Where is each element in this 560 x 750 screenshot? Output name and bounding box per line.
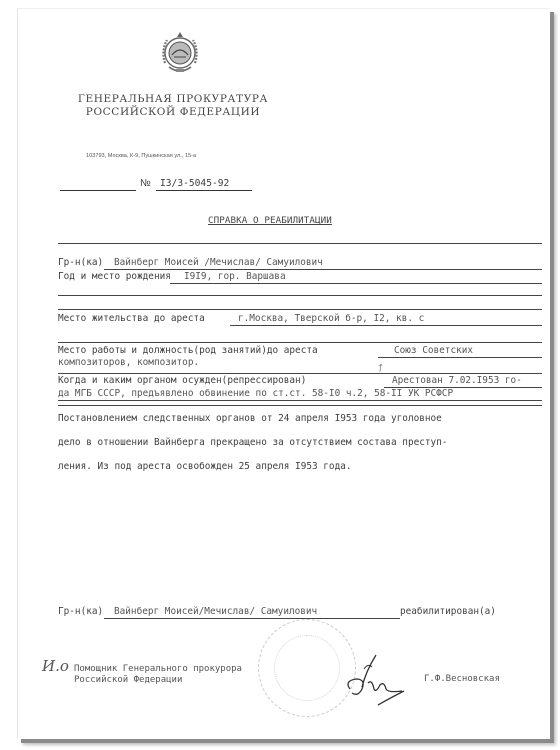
organization-address: 103793, Москва, К-9, Пушкинская ул., 15-…	[86, 153, 196, 159]
signatory-position-line1: Помощник Генерального прокурора	[74, 664, 242, 675]
divider	[58, 295, 542, 296]
document-number: I3/3-5045-92	[160, 178, 229, 189]
divider	[58, 309, 542, 310]
divider	[58, 373, 542, 374]
number-blank-line	[60, 190, 136, 191]
rehabilitated-status: реабилитирован(а)	[400, 606, 550, 617]
document-page: ГЕНЕРАЛЬНАЯ ПРОКУРАТУРА РОССИЙСКОЙ ФЕДЕР…	[17, 8, 550, 739]
work-value-line2: композиторов, композитор.	[58, 357, 199, 368]
convicted-value-line2: да МГБ СССР, предъявлено обвинение по ст…	[58, 388, 542, 399]
work-value-line1: Союз Советских	[394, 345, 473, 356]
residence-label: Место жительства до ареста	[58, 313, 205, 324]
closing-citizen-label: Гр-н(ка)	[58, 606, 103, 617]
signatory-name: Г.Ф.Весновская	[424, 674, 500, 685]
birth-label: Год и место рождения	[58, 271, 171, 282]
handwritten-mark: ƒ	[378, 363, 383, 372]
citizen-name: Вайнберг Моисей /Мечислав/ Самуилович	[114, 257, 323, 268]
acting-prefix-handwritten: И.о	[42, 657, 69, 675]
citizen-label: Гр-н(ка)	[58, 257, 103, 268]
body-line-2: дело в отношении Вайнберга прекращено за…	[58, 431, 447, 455]
signatory-position-line2: Российской Федерации	[74, 675, 182, 686]
divider	[58, 243, 542, 244]
residence-underline	[230, 325, 542, 326]
signature-icon	[342, 649, 412, 709]
work-label: Место работы и должность(род занятий)до …	[58, 345, 318, 356]
residence-value: г.Москва, Тверской б-р, I2, кв. с	[238, 313, 424, 324]
official-stamp-inner	[274, 635, 340, 701]
divider	[58, 405, 542, 406]
body-line-1: Постановлением следственных органов от 2…	[58, 407, 442, 431]
birth-underline	[170, 283, 542, 284]
number-underline	[156, 190, 252, 191]
convicted-value-line1: Арестован 7.02.I953 го-	[392, 375, 522, 386]
divider	[58, 342, 542, 343]
number-sign: №	[140, 178, 151, 189]
work-underline	[378, 357, 542, 358]
body-line-3: ления. Из под ареста освобожден 25 апрел…	[58, 455, 352, 479]
birth-value: I9I9, гор. Варшава	[184, 271, 286, 282]
organization-name-line2: РОССИЙСКОЙ ФЕДЕРАЦИИ	[18, 106, 328, 118]
convicted-label: Когда и каким органом осужден(репрессиро…	[58, 375, 306, 386]
coat-of-arms-icon	[155, 29, 205, 81]
closing-underline	[104, 618, 400, 619]
organization-name-line1: ГЕНЕРАЛЬНАЯ ПРОКУРАТУРА	[18, 93, 328, 105]
document-title: СПРАВКА О РЕАБИЛИТАЦИИ	[208, 215, 332, 226]
closing-citizen-name: Вайнберг Моисей/Мечислав/ Самуилович	[114, 606, 317, 617]
convicted-underline-2	[58, 400, 542, 401]
citizen-underline	[104, 269, 542, 270]
